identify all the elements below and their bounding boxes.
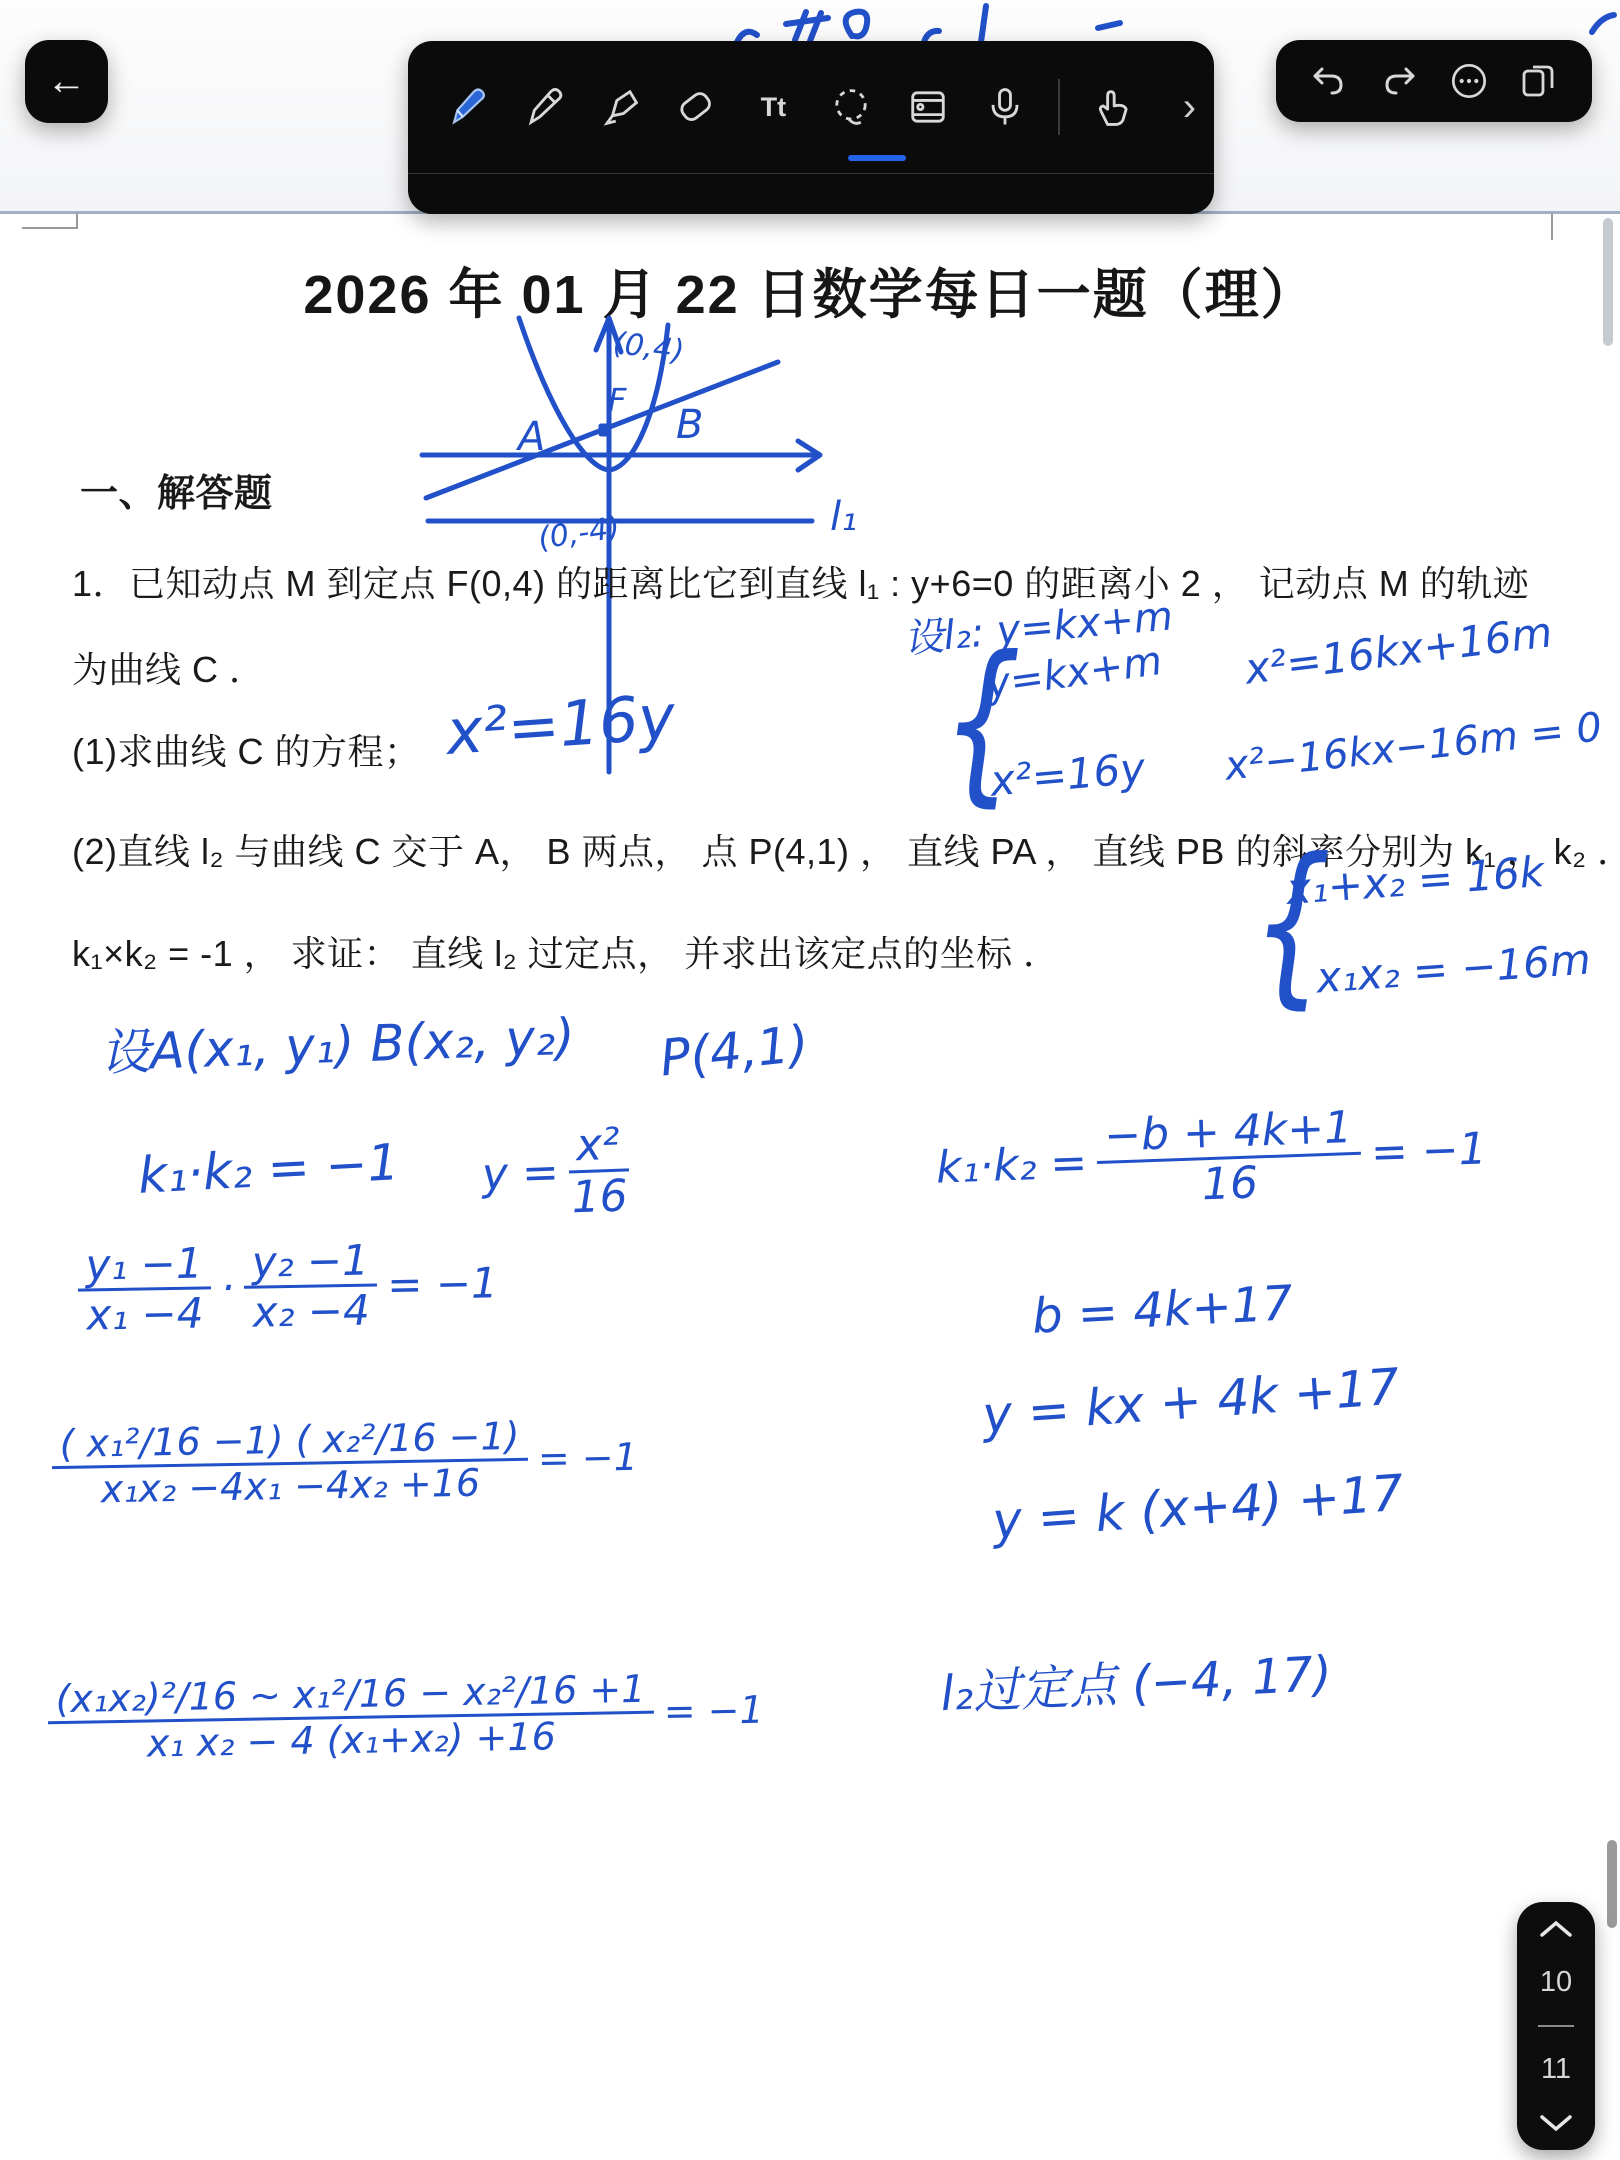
page-down-button[interactable] (1536, 2112, 1576, 2134)
pointer-tool[interactable] (1088, 76, 1137, 138)
ink-formula: ( x₁²/16 −1) ( x₂²/16 −1)x₁x₂ −4x₁ −4x₂ … (51, 1413, 638, 1511)
scrollbar-thumb[interactable] (1607, 1840, 1617, 1928)
printed-line: 一、解答题 (80, 462, 273, 517)
more-options-button[interactable] (1441, 53, 1497, 109)
app-canvas: ← (0, 0, 1620, 2160)
pencil-tool[interactable] (517, 76, 566, 138)
text-tool-label: Tt (761, 92, 786, 123)
ink-formula: y = kx + 4k +17 (980, 1358, 1401, 1445)
stray-ink-strokes (0, 0, 1620, 44)
right-toolbar (1276, 40, 1592, 122)
tools-row: Tt (408, 41, 1214, 173)
page-corner-mark-left (22, 213, 78, 229)
ink-formula: F (608, 381, 626, 419)
colors-row: ✎+ (408, 174, 1214, 214)
ink-formula: l₁ (830, 494, 857, 540)
current-page-number: 10 (1540, 1966, 1572, 1999)
back-arrow-icon: ← (47, 59, 87, 104)
next-page-number: 11 (1541, 2053, 1571, 2086)
undo-button[interactable] (1301, 53, 1357, 109)
ink-formula: P(4,1) (657, 1014, 811, 1087)
page-number-divider (1538, 2025, 1574, 2027)
image-tool[interactable] (903, 76, 952, 138)
eraser-tool[interactable] (672, 76, 721, 138)
printed-line: 为曲线 C ． (72, 642, 266, 693)
ink-formula: b = 4k+17 (1031, 1275, 1294, 1345)
pen-tool[interactable] (440, 76, 489, 138)
microphone-tool[interactable] (980, 76, 1029, 138)
ink-formula: y = k (x+4) +17 (990, 1464, 1405, 1551)
redo-button[interactable] (1371, 53, 1427, 109)
ink-formula: x²=16kx+16m (1242, 607, 1555, 693)
scrollbar-thumb-top[interactable] (1603, 218, 1613, 346)
ink-formula: (x₁x₂)²/16 ∼ x₁²/16 − x₂²/16 +1x₁ x₂ − 4… (47, 1666, 764, 1767)
printed-line: (1)求曲线 C 的方程； (72, 724, 421, 775)
ink-formula: A (518, 414, 545, 460)
ink-formula: y =x²16 (480, 1119, 630, 1226)
lasso-tool[interactable] (826, 76, 875, 138)
text-tool[interactable]: Tt (749, 76, 798, 138)
selected-tool-underline (848, 155, 906, 161)
chevron-right-icon: › (1183, 92, 1196, 122)
ink-formula: k₁·k₂ =−b + 4k+116= −1 (934, 1098, 1488, 1219)
ink-formula: k₁·k₂ = −1 (137, 1133, 401, 1205)
tools-divider (1058, 79, 1060, 135)
focus-point-dot (601, 426, 609, 434)
back-button[interactable]: ← (25, 40, 108, 123)
pages-button[interactable] (1511, 53, 1567, 109)
page-navigator: 10 11 (1517, 1902, 1595, 2150)
more-tools-chevron[interactable]: › (1165, 76, 1214, 138)
ink-formula: y₁ −1x₁ −4·y₂ −1x₂ −4= −1 (77, 1234, 498, 1338)
ink-formula: 设A(x₁, y₁) B(x₂, y₂) (99, 997, 576, 1086)
drawing-toolbar: Tt (408, 41, 1214, 214)
highlighter-tool[interactable] (594, 76, 643, 138)
printed-line: 1．已知动点 M 到定点 F(0,4) 的距离比它到直线 l₁ : y+6=0 … (72, 556, 1529, 607)
printed-line: k₁×k₂ = -1 ， 求证： 直线 l₂ 过定点， 并求出该定点的坐标 ． (72, 926, 1060, 977)
page-corner-mark-right (1551, 213, 1553, 240)
ink-formula: B (676, 402, 703, 448)
ink-formula: l₂过定点 (−4, 17) (938, 1635, 1333, 1724)
ink-formula: x₁x₂ = −16m (1315, 934, 1593, 1002)
page-up-button[interactable] (1536, 1918, 1576, 1940)
ink-formula: x²−16kx−16m = 0 (1223, 704, 1604, 789)
